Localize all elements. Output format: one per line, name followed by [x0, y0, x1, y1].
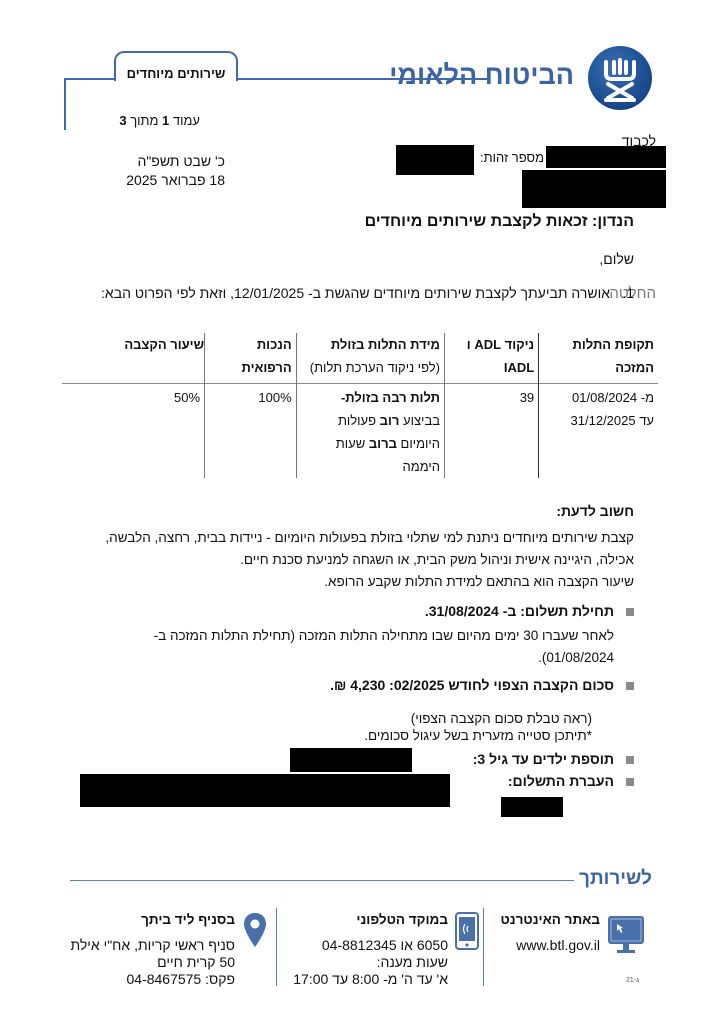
map-pin-icon [243, 912, 267, 953]
decision-number: 1. [610, 283, 634, 303]
page-current: 1 [162, 113, 169, 128]
phone-heading: במוקד הטלפוני [356, 912, 448, 927]
child-supplement-redacted [290, 748, 412, 772]
cell-adl-score: 39 [445, 384, 539, 479]
recipient-name-redacted [546, 146, 666, 168]
branch-address-1: סניף ראשי קריות, אח"י אילת [70, 937, 235, 954]
page-middle: מתוך [130, 113, 158, 128]
footer-divider [483, 908, 484, 986]
org-name: הביטוח הלאומי [389, 60, 574, 91]
website-link[interactable]: www.btl.gov.il [516, 937, 600, 954]
branch-info: סניף ראשי קריות, אח"י אילת 50 קרית חיים … [70, 937, 235, 988]
expected-amount-notes: (ראה טבלת סכום הקצבה הצפוי) *תיתכן סטייה… [364, 710, 592, 744]
decision-body: אושרה תביעתך לקצבת שירותים מיוחדים שהגשת… [101, 285, 610, 301]
cell-medical-disability: 100% [205, 384, 297, 479]
id-number-redacted [396, 145, 474, 175]
subject-line: הנדון: זכאות לקצבת שירותים מיוחדים [365, 213, 634, 231]
benefit-table: תקופת התלות המזכה ניקוד ADL ו IADL מידת … [62, 333, 658, 478]
payment-start-detail: לאחר שעברו 30 ימים מהיום שבו מתחילה התלו… [78, 625, 614, 669]
col-medical-disability: הנכות הרפואית [205, 333, 297, 384]
col-period: תקופת התלות המזכה [539, 333, 658, 384]
important-title: חשוב לדעת: [556, 503, 634, 519]
btl-logo [588, 46, 652, 110]
bullet-square-icon [626, 778, 634, 786]
cell-benefit-rate: 50% [62, 384, 205, 479]
table-header-row: תקופת התלות המזכה ניקוד ADL ו IADL מידת … [62, 333, 658, 384]
table-row: מ- 01/08/2024 עד 31/12/2025 39 תלות רבה … [62, 384, 658, 479]
monitor-icon [606, 914, 646, 961]
greeting: שלום, [599, 251, 634, 267]
child-supplement: תוספת ילדים עד גיל 3: [473, 751, 634, 767]
decision-text: 1.אושרה תביעתך לקצבת שירותים מיוחדים שהג… [78, 283, 634, 303]
footer-title: לשירותך [579, 868, 652, 890]
header-rule [236, 78, 488, 80]
branch-address-2: 50 קרית חיים [70, 954, 235, 971]
payment-transfer: העברת התשלום: [508, 773, 634, 789]
internet-heading: באתר האינטרנט [501, 912, 600, 927]
payment-start: תחילת תשלום: ב- 31/08/2024. [425, 603, 634, 619]
important-body: קצבת שירותים מיוחדים ניתנת למי שתלוי בזו… [78, 527, 634, 593]
expected-amount: סכום הקצבה הצפוי לחודש 02/2025: 4,230 ₪. [330, 677, 634, 693]
department-tab-label: שירותים מיוחדים [114, 66, 238, 81]
page-indicator: עמוד 1 מתוך 3 [80, 113, 200, 128]
col-dependency: מידת התלות בזולת(לפי ניקוד הערכת תלות) [296, 333, 444, 384]
logo-emblem-icon [588, 46, 652, 110]
bullet-square-icon [626, 682, 634, 690]
col-adl-score: ניקוד ADL ו IADL [445, 333, 539, 384]
footer-rule [70, 880, 574, 881]
phone-info: 6050 או 04-8812345 שעות מענה: א' עד ה' מ… [293, 937, 448, 988]
letter-date: כ' שבט תשפ"ה 18 פברואר 2025 [110, 152, 225, 190]
payment-transfer-redacted [80, 774, 450, 807]
header-rule-vertical [64, 78, 66, 130]
phone-hours-label: שעות מענה: [293, 954, 448, 971]
page-prefix: עמוד [173, 113, 200, 128]
page-total: 3 [119, 113, 126, 128]
bullet-square-icon [626, 756, 634, 764]
cell-dependency: תלות רבה בזולת- בביצוע רוב פעולות היומיו… [296, 384, 444, 479]
header-rule-left [64, 78, 116, 80]
branch-fax: פקס: 04-8467575 [70, 971, 235, 988]
phone-numbers: 6050 או 04-8812345 [293, 937, 448, 954]
payment-transfer-redacted-2 [501, 797, 563, 817]
gregorian-date: 18 פברואר 2025 [110, 171, 225, 190]
footer-divider [276, 908, 277, 986]
branch-heading: בסניף ליד ביתך [141, 912, 235, 927]
hebrew-date: כ' שבט תשפ"ה [110, 152, 225, 171]
phone-hours: א' עד ה' מ- 8:00 עד 17:00 [293, 971, 448, 988]
cell-period: מ- 01/08/2024 עד 31/12/2025 [539, 384, 658, 479]
smartphone-icon [455, 912, 479, 955]
form-code: ג-21 [626, 977, 639, 984]
id-label: מספר זהות: [474, 150, 544, 165]
bullet-square-icon [626, 608, 634, 616]
recipient-address-redacted [522, 170, 666, 208]
col-benefit-rate: שיעור הקצבה [62, 333, 205, 384]
